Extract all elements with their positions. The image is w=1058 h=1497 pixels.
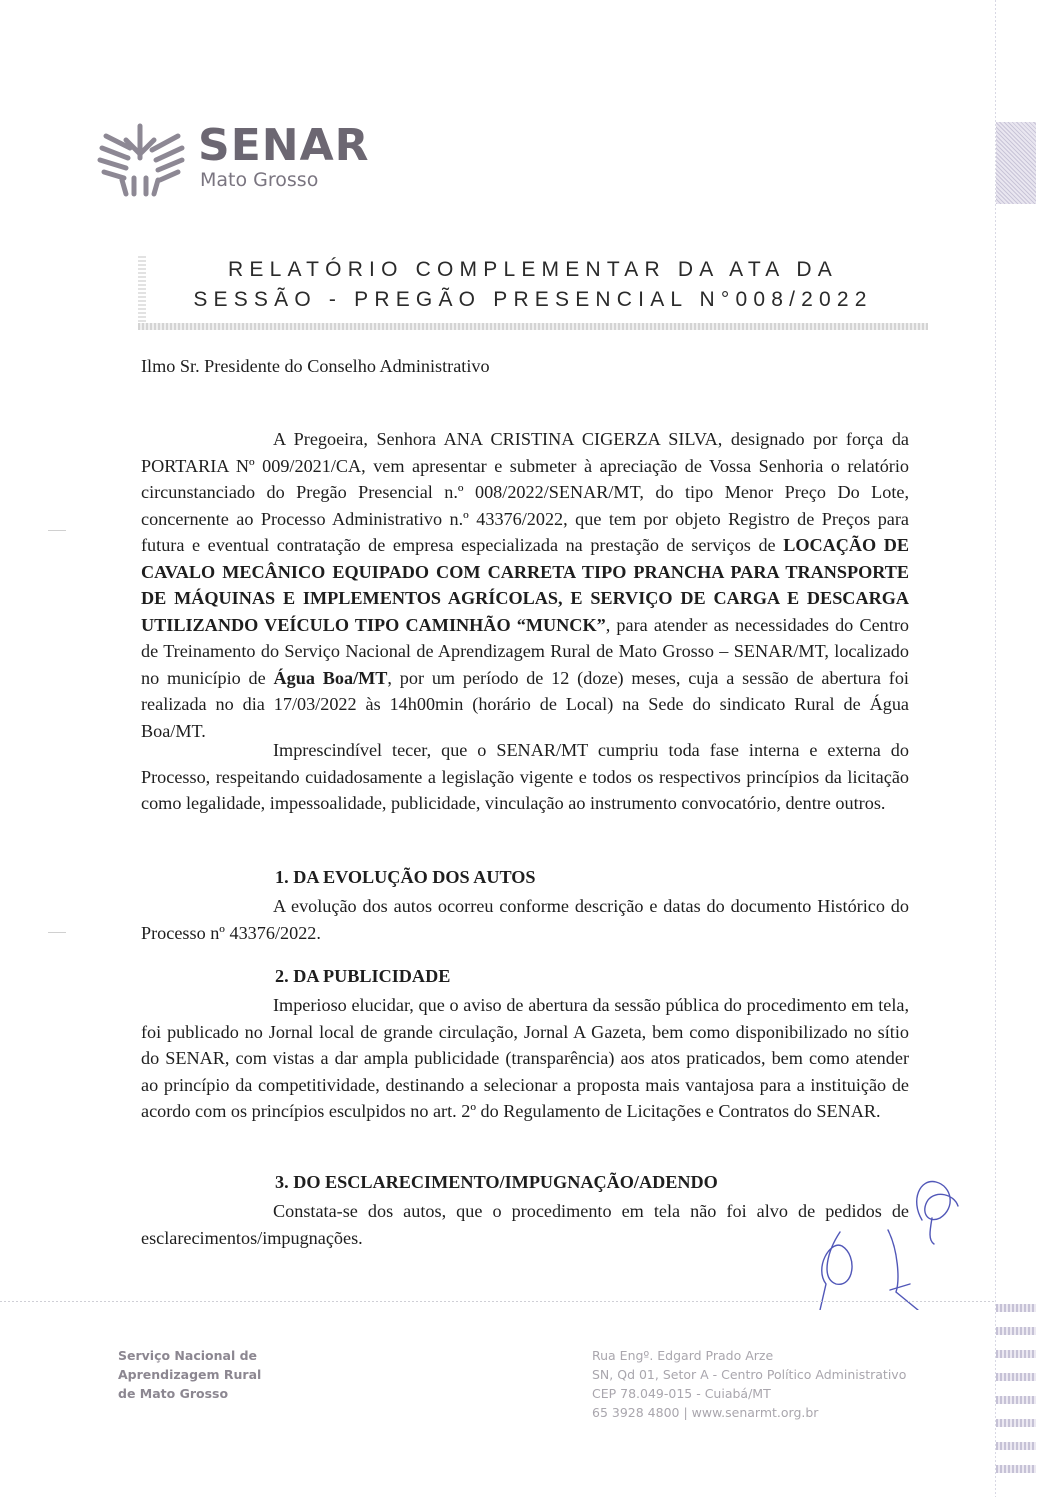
city-name: Água Boa/MT xyxy=(274,668,388,688)
scan-mark xyxy=(996,1396,1036,1404)
footer-divider xyxy=(0,1301,994,1302)
section-text-2: Imperioso elucidar, que o aviso de abert… xyxy=(141,992,909,1125)
section-text-1: A evolução dos autos ocorreu conforme de… xyxy=(141,893,909,946)
footer-address-line: SN, Qd 01, Setor A - Centro Político Adm… xyxy=(592,1365,906,1384)
margin-mark xyxy=(48,932,66,933)
footer-org-line: Serviço Nacional de xyxy=(118,1346,261,1365)
intro-paragraph: A Pregoeira, Senhora ANA CRISTINA CIGERZ… xyxy=(141,426,909,744)
document-title-line-1: RELATÓRIO COMPLEMENTAR DA ATA DA xyxy=(138,255,928,285)
scan-mark xyxy=(996,1419,1036,1427)
footer-org-line: de Mato Grosso xyxy=(118,1384,261,1403)
margin-mark xyxy=(48,530,66,531)
scan-mark xyxy=(996,1442,1036,1450)
section-heading-1: 1. DA EVOLUÇÃO DOS AUTOS xyxy=(275,867,536,888)
senar-logo: SENAR Mato Grosso xyxy=(96,118,370,198)
footer-address: Rua Engº. Edgard Prado Arze SN, Qd 01, S… xyxy=(592,1346,906,1422)
handwritten-signature xyxy=(770,1160,990,1310)
footer-address-line: Rua Engº. Edgard Prado Arze xyxy=(592,1346,906,1365)
salutation: Ilmo Sr. Presidente do Conselho Administ… xyxy=(141,353,909,380)
scan-mark xyxy=(996,1465,1036,1473)
scan-mark xyxy=(996,1304,1036,1312)
footer-organization: Serviço Nacional de Aprendizagem Rural d… xyxy=(118,1346,261,1403)
compliance-paragraph: Imprescindível tecer, que o SENAR/MT cum… xyxy=(141,737,909,817)
footer-org-line: Aprendizagem Rural xyxy=(118,1365,261,1384)
document-title-line-2: SESSÃO - PREGÃO PRESENCIAL N°008/2022 xyxy=(138,285,928,315)
scan-edge-line xyxy=(995,0,996,1497)
footer-contact-line: 65 3928 4800 | www.senarmt.org.br xyxy=(592,1403,906,1422)
senar-logo-icon xyxy=(96,118,188,198)
scan-mark xyxy=(996,1350,1036,1358)
section-heading-3: 3. DO ESCLARECIMENTO/IMPUGNAÇÃO/ADENDO xyxy=(275,1172,718,1193)
scan-mark xyxy=(996,1327,1036,1335)
scan-mark xyxy=(996,1373,1036,1381)
logo-subtitle: Mato Grosso xyxy=(200,168,370,192)
section-heading-2: 2. DA PUBLICIDADE xyxy=(275,966,450,987)
footer-address-line: CEP 78.049-015 - Cuiabá/MT xyxy=(592,1384,906,1403)
document-title: RELATÓRIO COMPLEMENTAR DA ATA DA SESSÃO … xyxy=(138,250,928,330)
scan-mark-top xyxy=(996,122,1036,204)
logo-title: SENAR xyxy=(198,124,370,168)
